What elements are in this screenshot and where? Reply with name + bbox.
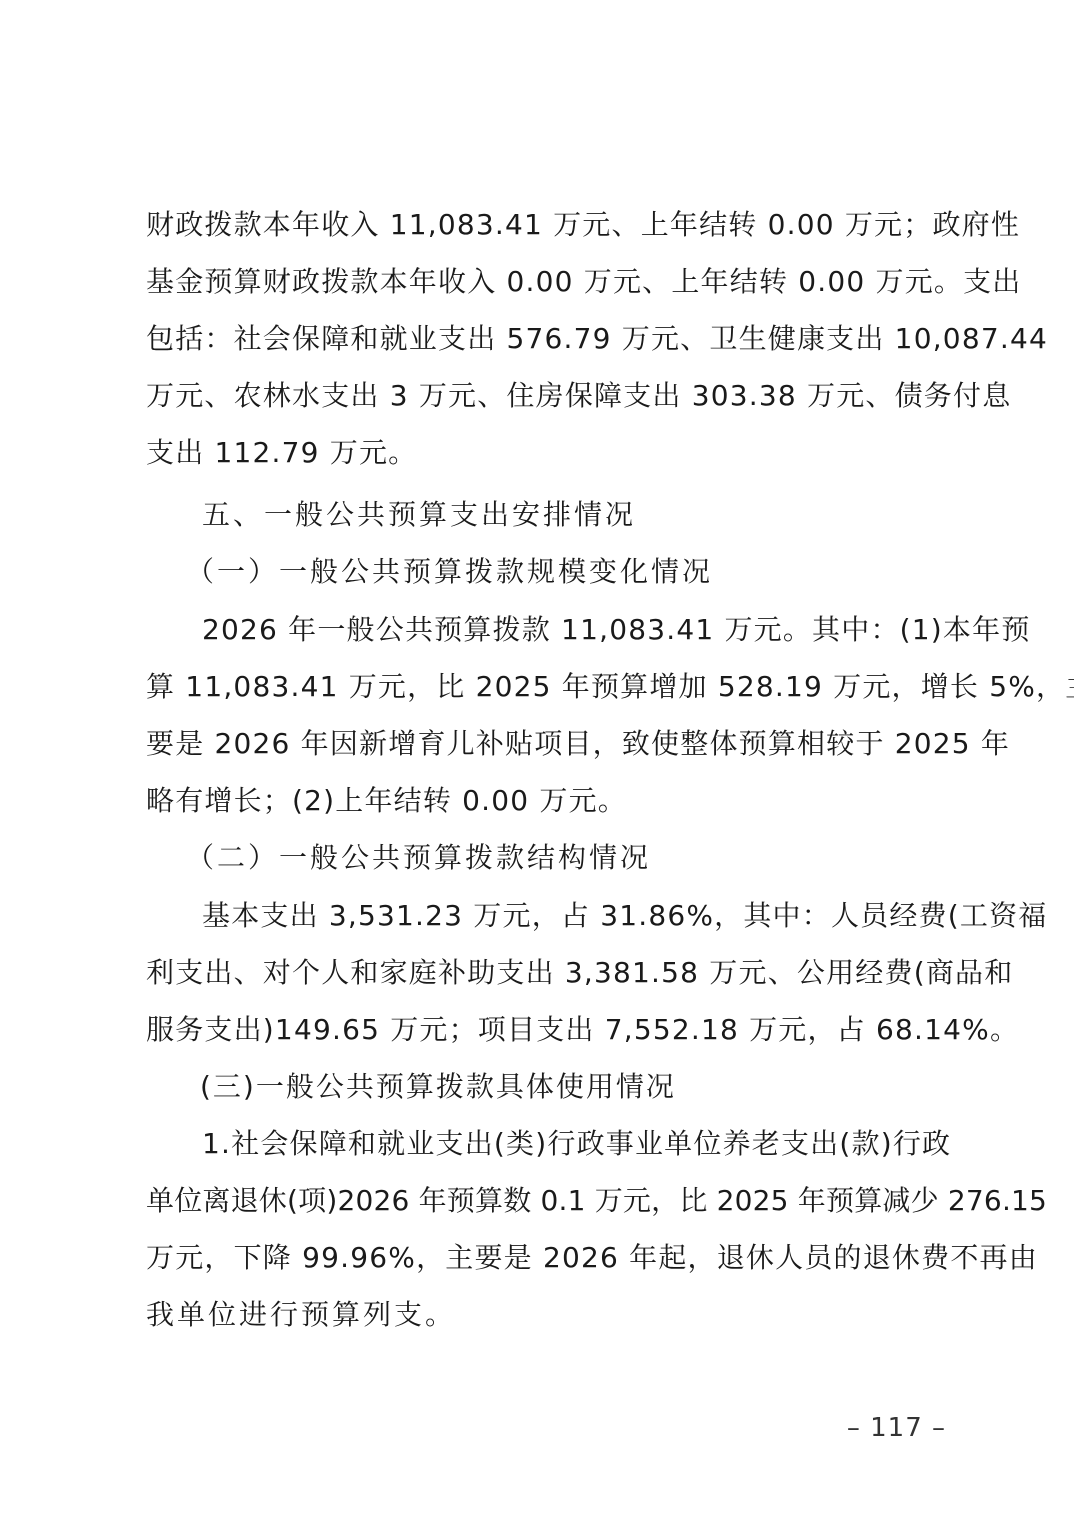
document-page: 财政拨款本年收入 11,083.41 万元、上年结转 0.00 万元；政府性 基… bbox=[0, 0, 1074, 1520]
text-line: 略有增长；(2)上年结转 0.00 万元。 bbox=[146, 781, 946, 821]
text-line: 单位离退休(项)2026 年预算数 0.1 万元，比 2025 年预算减少 27… bbox=[146, 1181, 946, 1221]
text-line: 2026 年一般公共预算拨款 11,083.41 万元。其中：(1)本年预 bbox=[202, 610, 946, 650]
subsection-heading: (三)一般公共预算拨款具体使用情况 bbox=[200, 1067, 676, 1107]
subsection-heading: （二）一般公共预算拨款结构情况 bbox=[186, 838, 651, 878]
section-heading: 五、一般公共预算支出安排情况 bbox=[202, 495, 636, 535]
text-line: 万元、农林水支出 3 万元、住房保障支出 303.38 万元、债务付息 bbox=[146, 376, 946, 416]
text-line: 基金预算财政拨款本年收入 0.00 万元、上年结转 0.00 万元。支出 bbox=[146, 262, 946, 302]
subsection-heading: （一）一般公共预算拨款规模变化情况 bbox=[186, 552, 713, 592]
text-line: 服务支出)149.65 万元；项目支出 7,552.18 万元，占 68.14%… bbox=[146, 1010, 946, 1050]
page-number: – 117 – bbox=[826, 1410, 946, 1446]
text-line: 利支出、对个人和家庭补助支出 3,381.58 万元、公用经费(商品和 bbox=[146, 953, 946, 993]
text-line: 支出 112.79 万元。 bbox=[146, 433, 946, 473]
text-line: 算 11,083.41 万元，比 2025 年预算增加 528.19 万元，增长… bbox=[146, 667, 946, 707]
text-line: 1.社会保障和就业支出(类)行政事业单位养老支出(款)行政 bbox=[202, 1124, 946, 1164]
text-line: 要是 2026 年因新增育儿补贴项目，致使整体预算相较于 2025 年 bbox=[146, 724, 946, 764]
text-line: 包括：社会保障和就业支出 576.79 万元、卫生健康支出 10,087.44 bbox=[146, 319, 946, 359]
text-line: 我单位进行预算列支。 bbox=[146, 1295, 946, 1335]
text-line: 财政拨款本年收入 11,083.41 万元、上年结转 0.00 万元；政府性 bbox=[146, 205, 946, 245]
text-line: 万元，下降 99.96%，主要是 2026 年起，退休人员的退休费不再由 bbox=[146, 1238, 946, 1278]
text-line: 基本支出 3,531.23 万元，占 31.86%，其中：人员经费(工资福 bbox=[202, 896, 946, 936]
